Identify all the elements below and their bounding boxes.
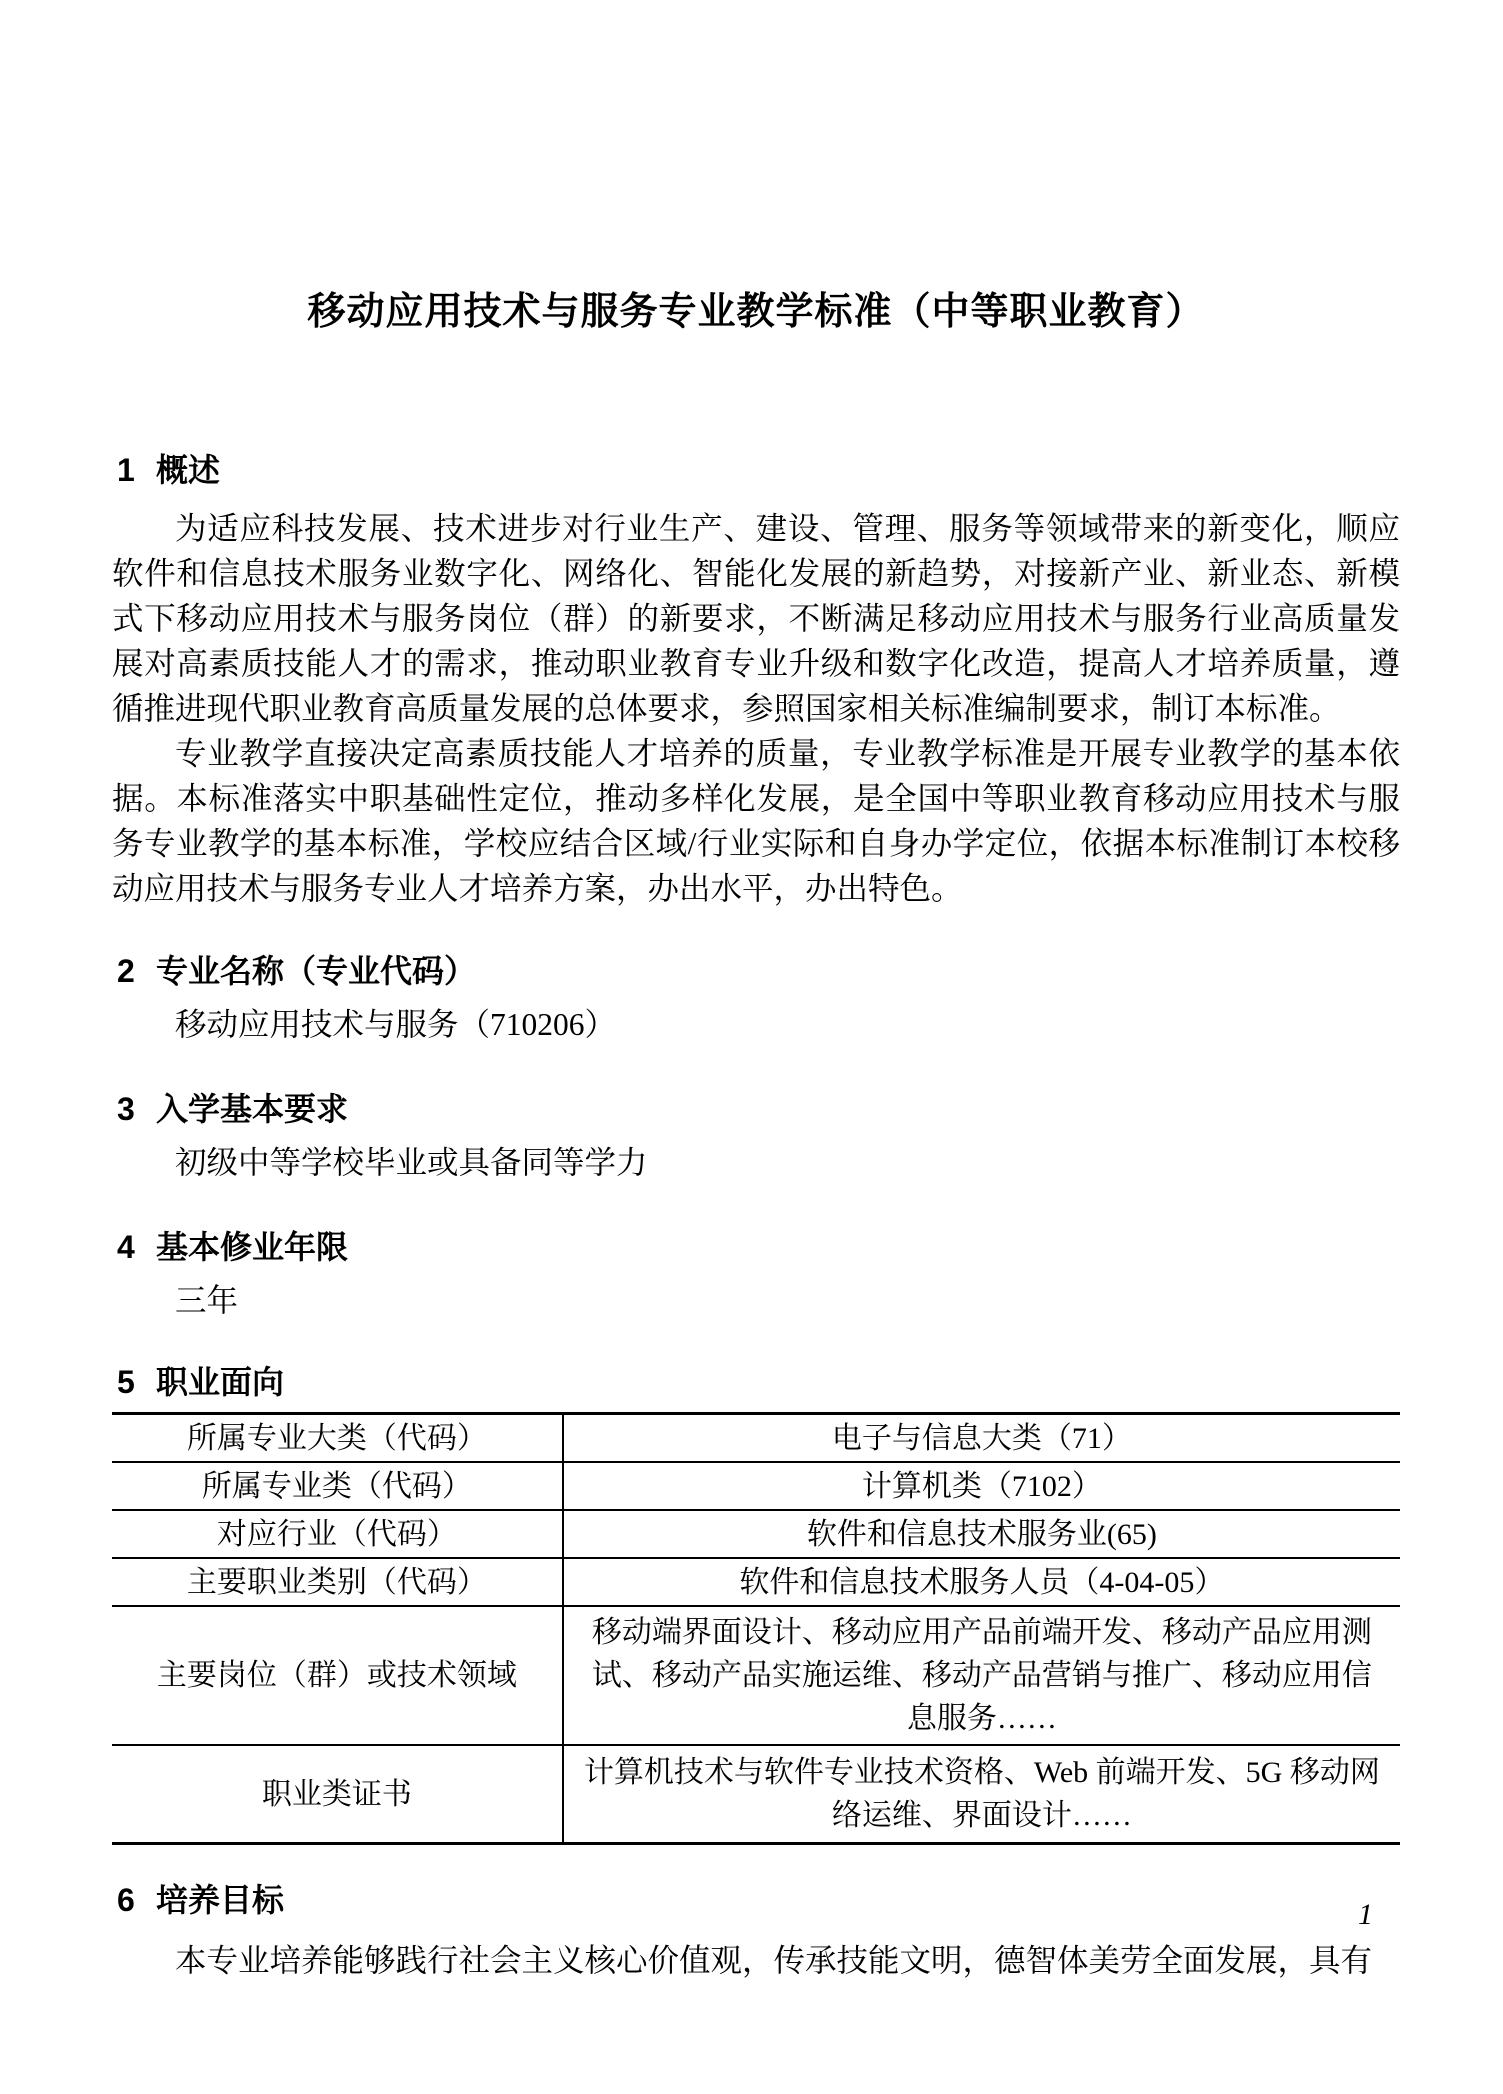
section-number: 5 [112,1360,156,1404]
section-title: 专业名称（专业代码） [156,949,476,993]
section-heading-duration: 4 基本修业年限 [112,1225,1400,1269]
table-row: 所属专业类（代码） 计算机类（7102） [112,1462,1400,1510]
table-cell-value: 计算机技术与软件专业技术资格、Web 前端开发、5G 移动网络运维、界面设计…… [563,1745,1400,1844]
table-cell-label: 所属专业大类（代码） [112,1414,563,1463]
table-row: 主要岗位（群）或技术领域 移动端界面设计、移动应用产品前端开发、移动产品应用测试… [112,1606,1400,1745]
table-cell-value: 电子与信息大类（71） [563,1414,1400,1463]
section-number: 3 [112,1087,156,1131]
section-title: 基本修业年限 [156,1225,348,1269]
objectives-content: 本专业培养能够践行社会主义核心价值观，传承技能文明，德智体美劳全面发展，具有 [112,1938,1400,1983]
section-heading-career: 5 职业面向 [112,1360,1400,1404]
overview-paragraph-2: 专业教学直接决定高素质技能人才培养的质量，专业教学标准是开展专业教学的基本依据。… [112,731,1400,911]
section-title: 概述 [156,448,220,492]
page-number: 1 [1358,1898,1373,1932]
section-heading-overview: 1 概述 [112,448,1400,492]
section-title: 职业面向 [156,1360,284,1404]
table-row: 对应行业（代码） 软件和信息技术服务业(65) [112,1510,1400,1558]
table-cell-label: 职业类证书 [112,1745,563,1844]
table-cell-value: 计算机类（7102） [563,1462,1400,1510]
section-number: 2 [112,949,156,993]
table-cell-value: 移动端界面设计、移动应用产品前端开发、移动产品应用测试、移动产品实施运维、移动产… [563,1606,1400,1745]
document-page: 移动应用技术与服务专业教学标准（中等职业教育） 1 概述 为适应科技发展、技术进… [0,0,1503,2094]
document-title: 移动应用技术与服务专业教学标准（中等职业教育） [112,288,1400,336]
section-number: 6 [112,1878,156,1922]
section-number: 4 [112,1225,156,1269]
table-cell-value: 软件和信息技术服务人员（4-04-05） [563,1558,1400,1606]
table-cell-label: 主要岗位（群）或技术领域 [112,1606,563,1745]
table-cell-label: 对应行业（代码） [112,1510,563,1558]
table-row: 职业类证书 计算机技术与软件专业技术资格、Web 前端开发、5G 移动网络运维、… [112,1745,1400,1844]
overview-paragraph-1: 为适应科技发展、技术进步对行业生产、建设、管理、服务等领域带来的新变化，顺应软件… [112,506,1400,731]
career-orientation-table: 所属专业大类（代码） 电子与信息大类（71） 所属专业类（代码） 计算机类（71… [112,1412,1400,1845]
section-number: 1 [112,448,156,492]
section-body-overview: 为适应科技发展、技术进步对行业生产、建设、管理、服务等领域带来的新变化，顺应软件… [112,506,1400,911]
section-heading-major-name: 2 专业名称（专业代码） [112,949,1400,993]
duration-content: 三年 [112,1278,1400,1323]
table-cell-value: 软件和信息技术服务业(65) [563,1510,1400,1558]
document-content: 移动应用技术与服务专业教学标准（中等职业教育） 1 概述 为适应科技发展、技术进… [0,0,1503,1983]
section-title: 入学基本要求 [156,1087,348,1131]
table-row: 所属专业大类（代码） 电子与信息大类（71） [112,1414,1400,1463]
section-heading-objectives: 6 培养目标 [112,1878,1400,1922]
major-name-content: 移动应用技术与服务（710206） [112,1002,1400,1047]
section-title: 培养目标 [156,1878,284,1922]
table-cell-label: 主要职业类别（代码） [112,1558,563,1606]
table-cell-label: 所属专业类（代码） [112,1462,563,1510]
section-heading-entry-req: 3 入学基本要求 [112,1087,1400,1131]
entry-req-content: 初级中等学校毕业或具备同等学力 [112,1140,1400,1185]
table-row: 主要职业类别（代码） 软件和信息技术服务人员（4-04-05） [112,1558,1400,1606]
